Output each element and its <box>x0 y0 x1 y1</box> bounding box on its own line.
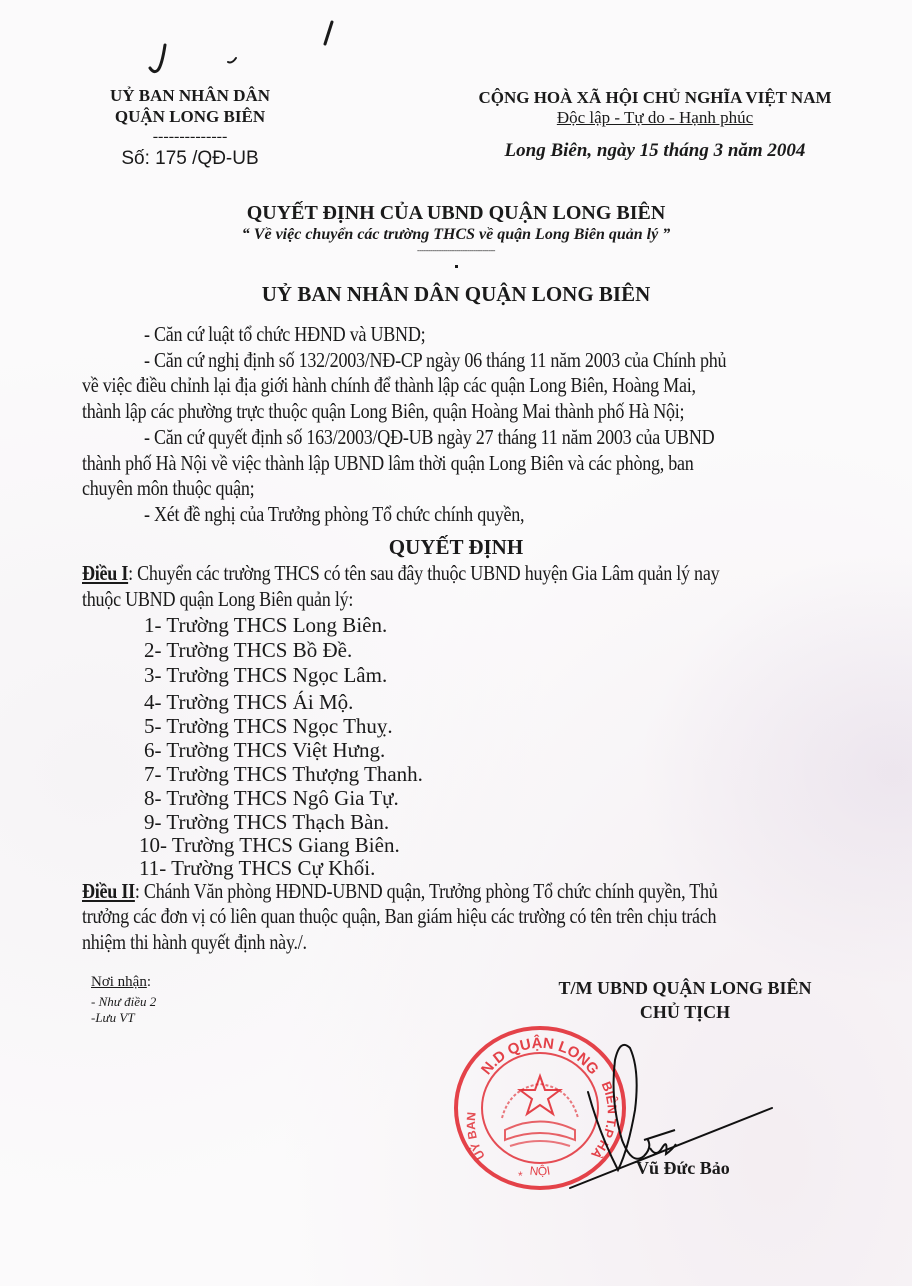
decision-subject: “ Về việc chuyển các trường THCS về quận… <box>0 226 912 244</box>
recipient-item: -Lưu VT <box>91 1010 135 1026</box>
recipients-label: Nơi nhận: <box>91 974 151 991</box>
decision-title: QUYẾT ĐỊNH CỦA UBND QUẬN LONG BIÊN <box>0 202 912 225</box>
school-item: 10- Trường THCS Giang Biên. <box>139 833 400 858</box>
motto-text: Độc lập - Tự do - Hạnh phúc <box>557 108 753 127</box>
article2-label: Điều II <box>82 879 135 903</box>
recipient-item: - Như điều 2 <box>91 994 156 1010</box>
place-date: Long Biên, ngày 15 tháng 3 năm 2004 <box>450 140 860 162</box>
svg-text:NỘI: NỘI <box>529 1163 551 1178</box>
school-item: 7- Trường THCS Thượng Thanh. <box>144 762 423 787</box>
title-divider: ------------------------------------ <box>0 246 912 255</box>
country-name: CỘNG HOÀ XÃ HỘI CHỦ NGHĨA VIỆT NAM <box>450 88 860 108</box>
handwritten-mark <box>140 20 350 80</box>
org-name-line2: QUẬN LONG BIÊN <box>60 107 320 127</box>
school-item: 4- Trường THCS Ái Mộ. <box>144 690 353 715</box>
decision-heading: QUYẾT ĐỊNH <box>0 535 912 560</box>
org-name-line1: UỶ BAN NHÂN DÂN <box>60 86 320 106</box>
article2-line3: nhiệm thi hành quyết định này./. <box>82 930 307 955</box>
preamble-line: thành phố Hà Nội về việc thành lập UBND … <box>82 451 694 476</box>
article1-text: : Chuyển các trường THCS có tên sau đây … <box>128 561 719 585</box>
preamble-line: - Căn cứ quyết định số 163/2003/QĐ-UB ng… <box>144 425 714 450</box>
school-item: 11- Trường THCS Cự Khối. <box>139 856 375 881</box>
org-separator: -------------- <box>60 128 320 146</box>
school-item: 6- Trường THCS Việt Hưng. <box>144 738 385 763</box>
school-item: 5- Trường THCS Ngọc Thuỵ. <box>144 714 393 739</box>
preamble-line: về việc điều chỉnh lại địa giới hành chí… <box>82 373 696 398</box>
article1-label: Điều I <box>82 561 128 585</box>
article1-line2: thuộc UBND quận Long Biên quản lý: <box>82 587 353 612</box>
preamble-line: thành lập các phường trực thuộc quận Lon… <box>82 399 684 424</box>
school-item: 8- Trường THCS Ngô Gia Tự. <box>144 786 399 811</box>
signature-on-behalf: T/M UBND QUẬN LONG BIÊN <box>520 978 850 999</box>
article2-text: : Chánh Văn phòng HĐND-UBND quận, Trưởng… <box>135 879 718 903</box>
article2-line1: Điều II: Chánh Văn phòng HĐND-UBND quận,… <box>82 879 718 904</box>
preamble-line: - Căn cứ luật tổ chức HĐND và UBND; <box>144 322 425 347</box>
svg-text:*: * <box>518 1169 523 1183</box>
document-number: Số: 175 /QĐ-UB <box>60 148 320 170</box>
preamble-line: - Căn cứ nghị định số 132/2003/NĐ-CP ngà… <box>144 348 726 373</box>
title-dot <box>455 265 458 268</box>
school-item: 9- Trường THCS Thạch Bàn. <box>144 810 389 835</box>
article2-line2: trưởng các đơn vị có liên quan thuộc quậ… <box>82 904 716 929</box>
article1-line1: Điều I: Chuyển các trường THCS có tên sa… <box>82 561 719 586</box>
preamble-line: chuyên môn thuộc quận; <box>82 476 254 501</box>
motto: Độc lập - Tự do - Hạnh phúc <box>450 108 860 128</box>
recipients-colon: : <box>147 974 151 990</box>
preamble-line: - Xét đề nghị của Trưởng phòng Tổ chức c… <box>144 502 524 527</box>
issuer-heading: UỶ BAN NHÂN DÂN QUẬN LONG BIÊN <box>0 282 912 307</box>
recipients-label-text: Nơi nhận <box>91 974 147 990</box>
signer-name: Vũ Đức Bảo <box>636 1158 730 1179</box>
school-item: 2- Trường THCS Bồ Đề. <box>144 638 352 663</box>
school-item: 3- Trường THCS Ngọc Lâm. <box>144 663 387 688</box>
svg-text:UỶ BAN: UỶ BAN <box>464 1111 488 1162</box>
school-item: 1- Trường THCS Long Biên. <box>144 613 387 638</box>
